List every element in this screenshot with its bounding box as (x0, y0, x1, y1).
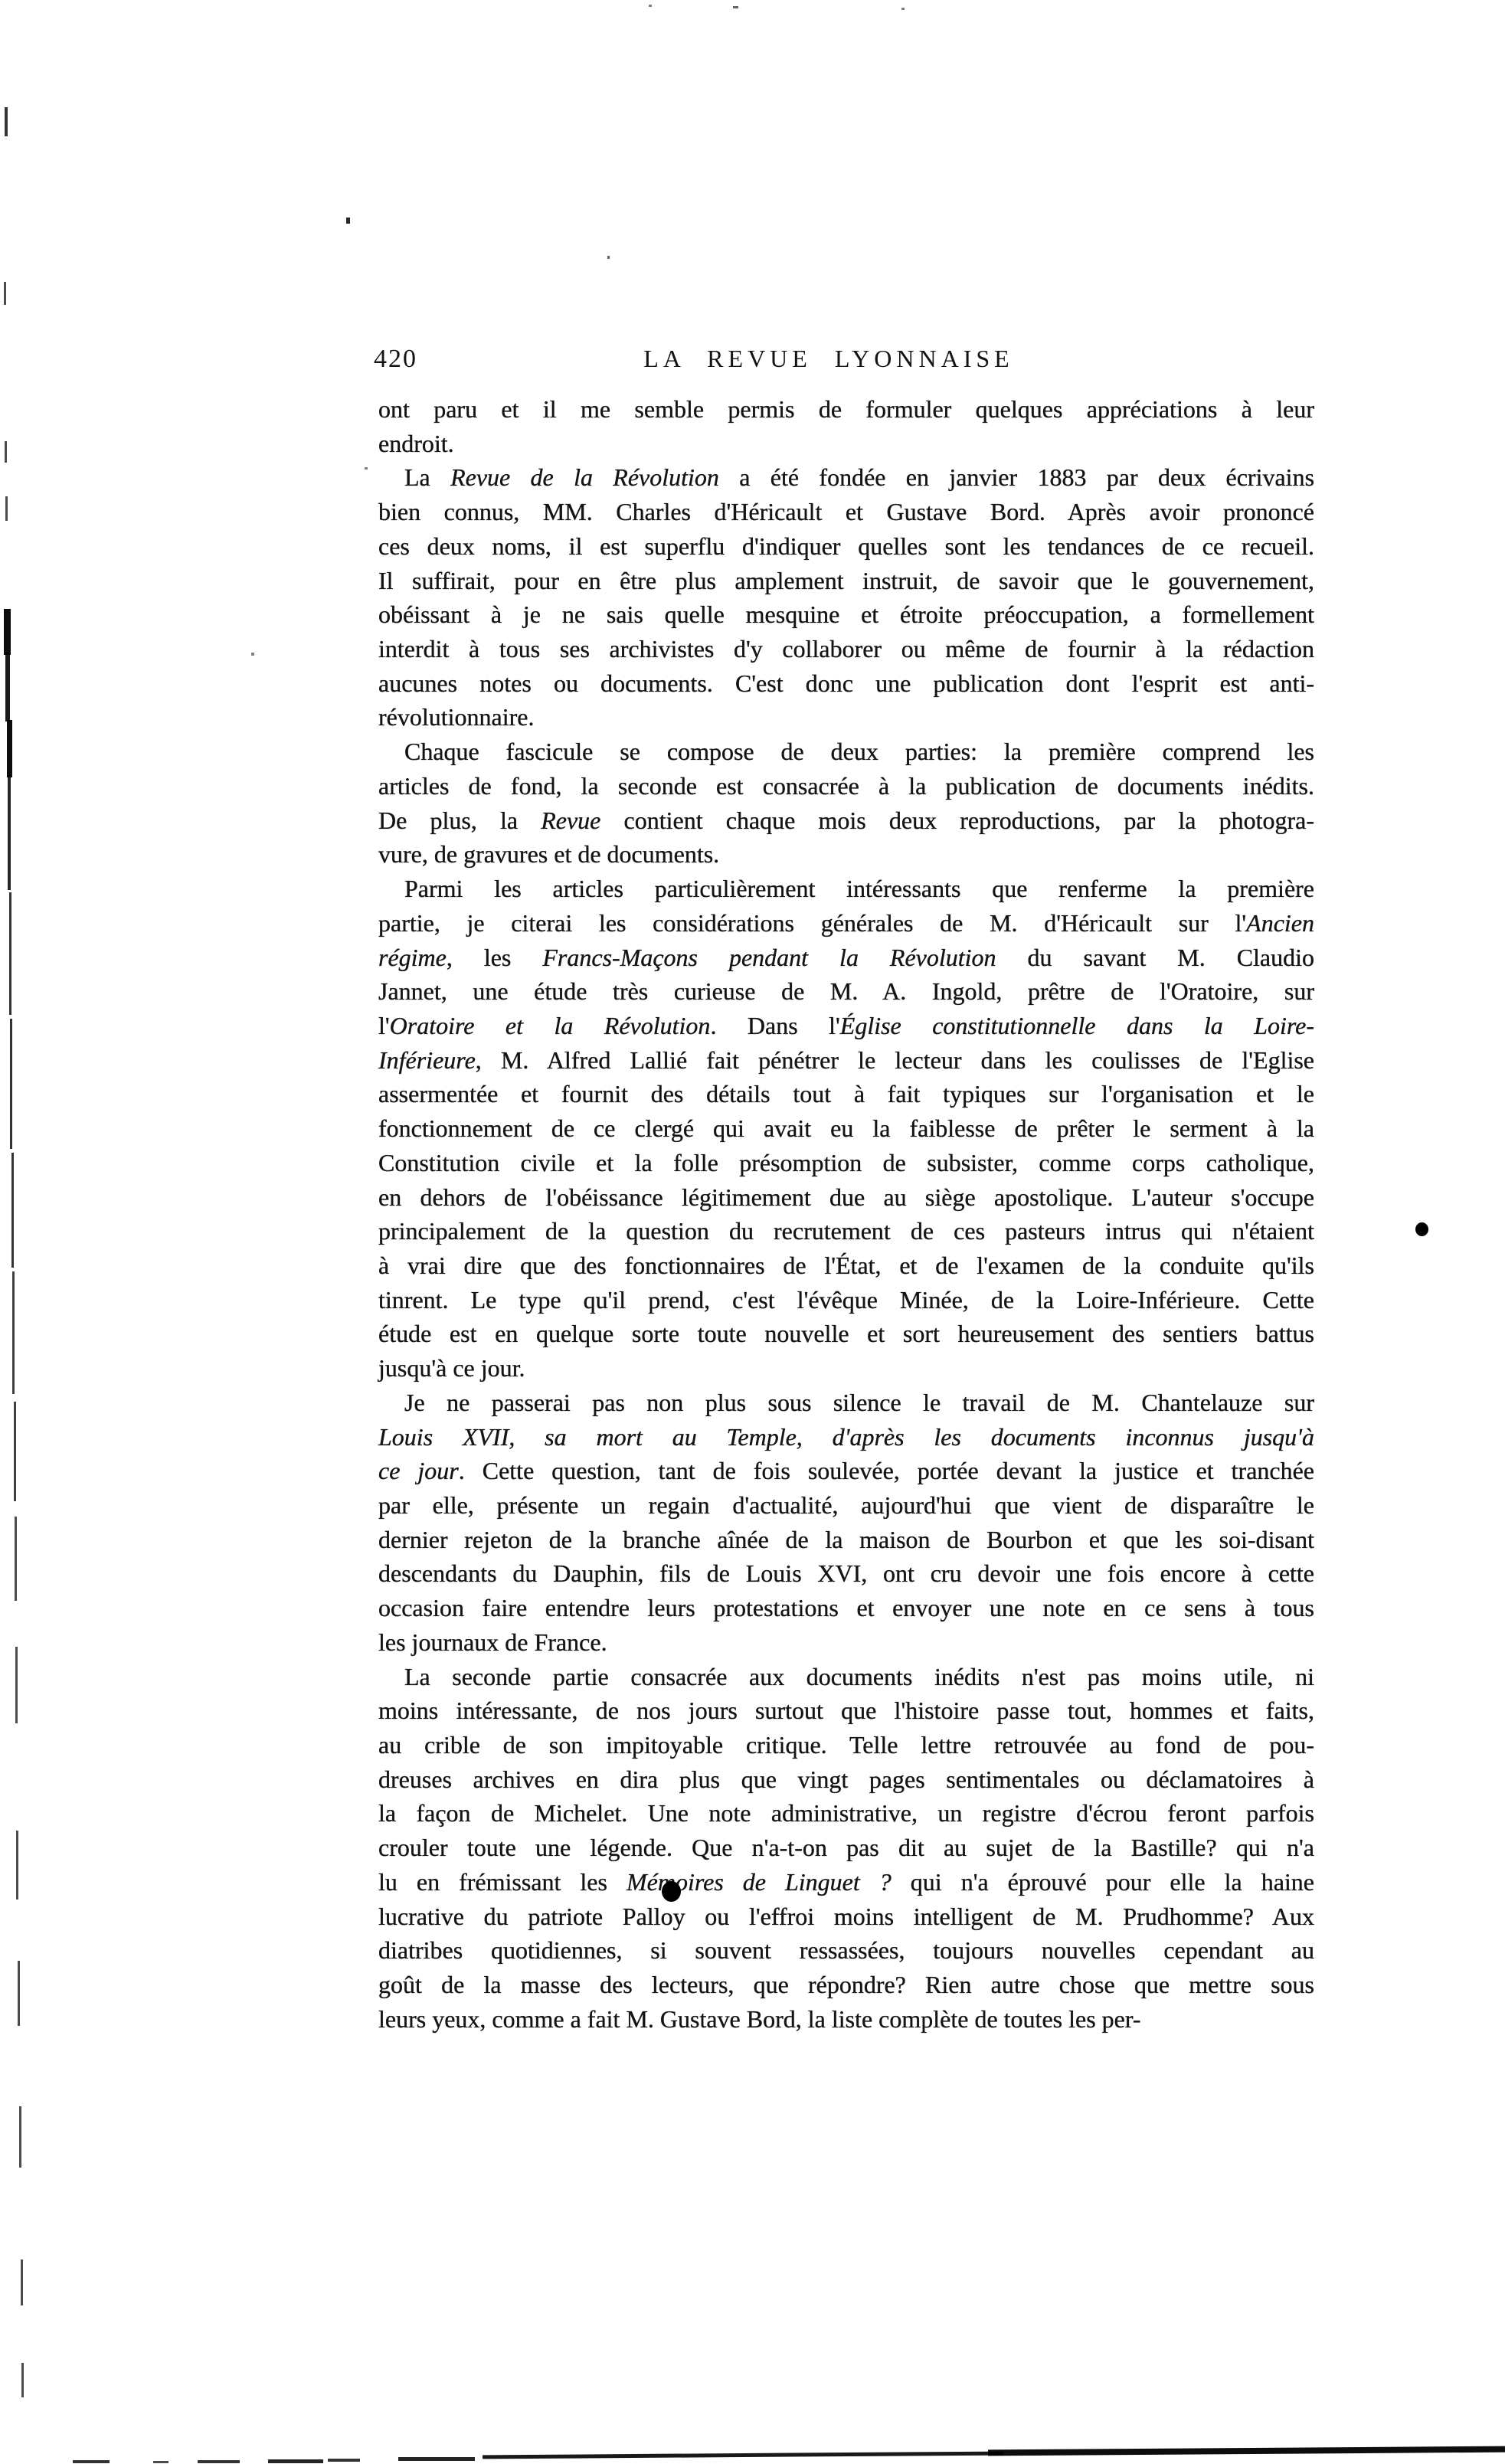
left-edge-line (8, 775, 11, 890)
left-edge-line (10, 1019, 12, 1149)
text-segment: Chaque fascicule se compose de deux part… (404, 738, 1314, 765)
text-line: jusqu'à ce jour. (378, 1351, 1314, 1386)
left-edge-line (4, 609, 11, 655)
text-segment: tinrent. Le type qu'il prend, c'est l'év… (378, 1286, 1314, 1314)
text-segment: qui n'a éprouvé pour elle la haine (892, 1868, 1314, 1896)
speck (607, 256, 610, 259)
left-edge-line (14, 1402, 16, 1501)
text-segment: la façon de Michelet. Une note administr… (378, 1799, 1314, 1827)
text-line: Je ne passerai pas non plus sous silence… (378, 1386, 1314, 1420)
text-line: aucunes notes ou documents. C'est donc u… (378, 666, 1314, 701)
text-segment: révolutionnaire. (378, 703, 534, 731)
text-line: crouler toute une légende. Que n'a-t-on … (378, 1831, 1314, 1865)
text-line: ce jour. Cette question, tant de fois so… (378, 1454, 1314, 1488)
text-segment: , les (447, 944, 543, 971)
text-line: ont paru et il me semble permis de formu… (378, 392, 1314, 427)
page-header: 420 LA REVUE LYONNAISE (378, 345, 1314, 381)
text-segment: ont paru et il me semble permis de formu… (378, 395, 1314, 423)
text-segment: bien connus, MM. Charles d'Héricault et … (378, 498, 1314, 525)
text-line: régime, les Francs-Maçons pendant la Rév… (378, 941, 1314, 975)
italic-text-segment: Inférieure (378, 1046, 476, 1074)
text-segment: La (404, 463, 450, 491)
text-line: lu en frémissant les Mémoires de Linguet… (378, 1865, 1314, 1900)
text-segment: Parmi les articles particulièrement inté… (404, 875, 1314, 902)
bottom-scan-line (483, 2452, 1003, 2459)
text-segment: Constitution civile et la folle présompt… (378, 1149, 1314, 1176)
text-segment: fonctionnement de ce clergé qui avait eu… (378, 1114, 1314, 1142)
left-edge-line (5, 653, 10, 722)
text-line: goût de la masse des lecteurs, que répon… (378, 1968, 1314, 2002)
italic-text-segment: Francs-Maçons pendant la Révolution (542, 944, 996, 971)
text-segment: les journaux de France. (378, 1628, 607, 1656)
italic-text-segment: Revue (541, 807, 600, 834)
text-segment: vure, de gravures et de documents. (378, 840, 719, 868)
text-segment: moins intéressante, de nos jours surtout… (378, 1697, 1314, 1724)
text-segment: dernier rejeton de la branche aînée de l… (378, 1526, 1314, 1553)
text-line: diatribes quotidiennes, si souvent ressa… (378, 1933, 1314, 1968)
text-line: au crible de son impitoyable critique. T… (378, 1728, 1314, 1762)
left-edge-line (19, 2106, 21, 2168)
ink-blot-linguet (662, 1881, 681, 1902)
text-line: vure, de gravures et de documents. (378, 837, 1314, 872)
text-segment: assermentée et fournit des détails tout … (378, 1080, 1314, 1108)
bottom-scan-dash (398, 2457, 475, 2461)
scanned-page: 420 LA REVUE LYONNAISE ont paru et il me… (0, 0, 1505, 2464)
text-segment: endroit. (378, 430, 454, 457)
text-segment: . Cette question, tant de fois soulevée,… (459, 1457, 1314, 1484)
left-edge-line (16, 1831, 18, 1900)
text-line: dernier rejeton de la branche aînée de l… (378, 1523, 1314, 1557)
text-segment: en dehors de l'obéissance légitimement d… (378, 1183, 1314, 1211)
text-segment: occasion faire entendre leurs protestati… (378, 1594, 1314, 1621)
left-edge-line (21, 2363, 24, 2397)
left-edge-line (15, 1647, 18, 1723)
text-column: ont paru et il me semble permis de formu… (378, 392, 1314, 2037)
left-edge-line (5, 441, 7, 463)
running-title: LA REVUE LYONNAISE (343, 345, 1314, 373)
text-segment: partie, je citerai les considérations gé… (378, 909, 1246, 937)
text-line: interdit à tous ses archivistes d'y coll… (378, 632, 1314, 666)
text-line: obéissant à je ne sais quelle mesquine e… (378, 597, 1314, 632)
text-line: étude est en quelque sorte toute nouvell… (378, 1317, 1314, 1351)
bottom-scan-dash (153, 2461, 168, 2463)
text-line: partie, je citerai les considérations gé… (378, 906, 1314, 941)
text-segment: obéissant à je ne sais quelle mesquine e… (378, 600, 1314, 628)
left-edge-line (12, 1271, 15, 1394)
text-segment: lucrative du patriote Palloy ou l'effroi… (378, 1903, 1314, 1930)
text-line: par elle, présente un regain d'actualité… (378, 1488, 1314, 1523)
left-edge-line (18, 1961, 20, 2026)
text-segment: La seconde partie consacrée aux document… (404, 1663, 1314, 1690)
left-edge-line (9, 892, 11, 1015)
left-edge-line (7, 720, 12, 777)
text-line: révolutionnaire. (378, 700, 1314, 735)
text-line: à vrai dire que des fonctionnaires de l'… (378, 1248, 1314, 1283)
italic-text-segment: ce jour (378, 1457, 459, 1484)
text-segment: a été fondée en janvier 1883 par deux éc… (719, 463, 1314, 491)
text-line: l'Oratoire et la Révolution. Dans l'Égli… (378, 1009, 1314, 1043)
italic-text-segment: Ancien (1246, 909, 1314, 937)
left-edge-line (15, 1517, 17, 1601)
left-edge-line (5, 107, 8, 136)
left-edge-line (21, 2259, 23, 2305)
text-segment: crouler toute une légende. Que n'a-t-on … (378, 1834, 1314, 1861)
text-segment: à vrai dire que des fonctionnaires de l'… (378, 1252, 1314, 1279)
speck (901, 8, 905, 10)
text-segment: dreuses archives en dira plus que vingt … (378, 1765, 1314, 1793)
text-line: les journaux de France. (378, 1625, 1314, 1660)
text-segment: aucunes notes ou documents. C'est donc u… (378, 669, 1314, 697)
speck (649, 5, 652, 7)
text-segment: étude est en quelque sorte toute nouvell… (378, 1320, 1314, 1347)
text-segment: Jannet, une étude très curieuse de M. A.… (378, 977, 1314, 1005)
text-segment: par elle, présente un regain d'actualité… (378, 1491, 1314, 1519)
speck (365, 467, 368, 470)
text-line: descendants du Dauphin, fils de Louis XV… (378, 1556, 1314, 1591)
italic-text-segment: Église constitutionnelle dans la Loire- (840, 1012, 1314, 1039)
text-line: leurs yeux, comme a fait M. Gustave Bord… (378, 2002, 1314, 2037)
text-line: tinrent. Le type qu'il prend, c'est l'év… (378, 1283, 1314, 1317)
bottom-scan-dash (198, 2460, 240, 2463)
bottom-scan-dash (268, 2459, 323, 2463)
text-line: assermentée et fournit des détails tout … (378, 1077, 1314, 1111)
text-segment: du savant M. Claudio (996, 944, 1314, 971)
italic-text-segment: régime (378, 944, 447, 971)
text-line: bien connus, MM. Charles d'Héricault et … (378, 495, 1314, 529)
text-segment: au crible de son impitoyable critique. T… (378, 1731, 1314, 1759)
text-line: Jannet, une étude très curieuse de M. A.… (378, 974, 1314, 1009)
text-line: La Revue de la Révolution a été fondée e… (378, 460, 1314, 495)
text-line: articles de fond, la seconde est consacr… (378, 769, 1314, 803)
speck (346, 218, 350, 224)
text-line: Inférieure, M. Alfred Lallié fait pénétr… (378, 1043, 1314, 1078)
text-segment: articles de fond, la seconde est consacr… (378, 772, 1314, 800)
text-segment: descendants du Dauphin, fils de Louis XV… (378, 1559, 1314, 1587)
text-line: Louis XVII, sa mort au Temple, d'après l… (378, 1420, 1314, 1455)
text-segment: l' (378, 1012, 390, 1039)
text-segment: De plus, la (378, 807, 541, 834)
text-line: principalement de la question du recrute… (378, 1214, 1314, 1248)
margin-ink-dot (1415, 1222, 1428, 1236)
text-segment: goût de la masse des lecteurs, que répon… (378, 1971, 1314, 1998)
text-segment: diatribes quotidiennes, si souvent ressa… (378, 1936, 1314, 1964)
bottom-scan-dash (73, 2460, 110, 2463)
text-line: dreuses archives en dira plus que vingt … (378, 1762, 1314, 1797)
text-line: La seconde partie consacrée aux document… (378, 1660, 1314, 1694)
left-edge-line (5, 496, 8, 521)
text-segment: lu en frémissant les (378, 1868, 627, 1896)
italic-text-segment: Revue de la Révolution (450, 463, 719, 491)
text-line: Constitution civile et la folle présompt… (378, 1146, 1314, 1180)
text-segment: leurs yeux, comme a fait M. Gustave Bord… (378, 2005, 1141, 2033)
text-line: fonctionnement de ce clergé qui avait eu… (378, 1111, 1314, 1146)
italic-text-segment: Oratoire et la Révolution (390, 1012, 711, 1039)
text-segment: principalement de la question du recrute… (378, 1217, 1314, 1245)
speck (733, 6, 738, 8)
text-line: De plus, la Revue contient chaque mois d… (378, 803, 1314, 838)
text-segment: contient chaque mois deux reproductions,… (600, 807, 1314, 834)
text-line: ces deux noms, il est superflu d'indique… (378, 529, 1314, 564)
text-line: occasion faire entendre leurs protestati… (378, 1591, 1314, 1625)
text-line: en dehors de l'obéissance légitimement d… (378, 1180, 1314, 1215)
text-segment: . Dans l' (710, 1012, 839, 1039)
bottom-scan-line (988, 2446, 1505, 2456)
text-line: Parmi les articles particulièrement inté… (378, 872, 1314, 906)
text-line: lucrative du patriote Palloy ou l'effroi… (378, 1900, 1314, 1934)
text-line: Chaque fascicule se compose de deux part… (378, 735, 1314, 769)
bottom-scan-dash (328, 2459, 360, 2462)
text-line: Il suffirait, pour en être plus amplemen… (378, 564, 1314, 598)
text-line: endroit. (378, 427, 1314, 461)
left-edge-line (4, 282, 6, 305)
text-segment: jusqu'à ce jour. (378, 1354, 525, 1382)
text-segment: , M. Alfred Lallié fait pénétrer le lect… (476, 1046, 1314, 1074)
text-segment: Je ne passerai pas non plus sous silence… (404, 1389, 1314, 1416)
text-line: moins intéressante, de nos jours surtout… (378, 1693, 1314, 1728)
italic-text-segment: Louis XVII, sa mort au Temple, d'après l… (378, 1423, 1314, 1451)
text-segment: ces deux noms, il est superflu d'indique… (378, 532, 1314, 560)
text-segment: interdit à tous ses archivistes d'y coll… (378, 635, 1314, 663)
left-edge-line (11, 1153, 14, 1268)
speck (251, 653, 254, 656)
text-segment: Il suffirait, pour en être plus amplemen… (378, 567, 1314, 594)
text-line: la façon de Michelet. Une note administr… (378, 1796, 1314, 1831)
